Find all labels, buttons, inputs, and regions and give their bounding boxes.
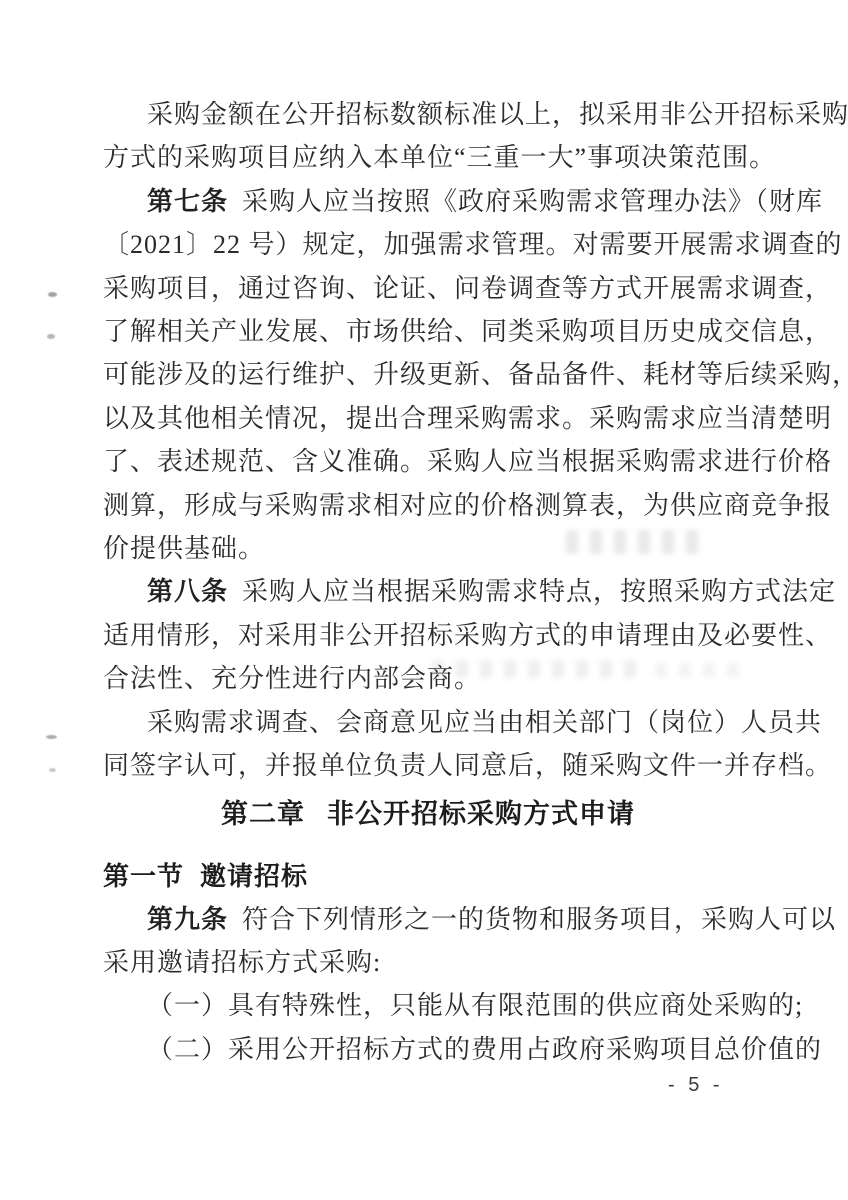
body-text-block-1: 采购金额在公开招标数额标准以上，拟采用非公开招标采购方式的采购项目应纳入本单位“… [103, 93, 753, 788]
scan-speck [49, 768, 56, 772]
article-number: 第八条 [147, 577, 228, 606]
text-line: 可能涉及的运行维护、升级更新、备品备件、耗材等后续采购， [103, 353, 753, 396]
text-line: 方式的采购项目应纳入本单位“三重一大”事项决策范围。 [103, 136, 753, 179]
document-body: 采购金额在公开招标数额标准以上，拟采用非公开招标采购方式的采购项目应纳入本单位“… [103, 93, 753, 1071]
text-line: 同签字认可，并报单位负责人同意后，随采购文件一并存档。 [103, 744, 753, 787]
text-line: 适用情形，对采用非公开招标采购方式的申请理由及必要性、 [103, 614, 753, 657]
text-line: 了、表述规范、含义准确。采购人应当根据采购需求进行价格 [103, 440, 753, 483]
text-line: 以及其他相关情况，提出合理采购需求。采购需求应当清楚明 [103, 397, 753, 440]
text-line: 〔2021〕22 号）规定，加强需求管理。对需要开展需求调查的 [103, 223, 753, 266]
text-line: 第九条符合下列情形之一的货物和服务项目，采购人可以 [103, 898, 753, 941]
scanned-document-page: 采购金额在公开招标数额标准以上，拟采用非公开招标采购方式的采购项目应纳入本单位“… [0, 0, 848, 1200]
section-title: 邀请招标 [200, 861, 308, 891]
text-line: 第八条采购人应当根据采购需求特点，按照采购方式法定 [103, 570, 753, 613]
article-number: 第七条 [147, 187, 228, 216]
bleed-through-smudge [432, 660, 647, 678]
text-line: 采购金额在公开招标数额标准以上，拟采用非公开招标采购 [103, 93, 753, 136]
scan-speck [47, 334, 55, 339]
article-number: 第九条 [147, 905, 228, 934]
text-line: 了解相关产业发展、市场供给、同类采购项目历史成交信息， [103, 310, 753, 353]
page-number: - 5 - [668, 1074, 724, 1097]
chapter-title: 非公开招标采购方式申请 [327, 799, 635, 829]
text-line: （一）具有特殊性，只能从有限范围的供应商处采购的; [103, 984, 753, 1027]
scan-speck [48, 292, 57, 297]
chapter-number: 第二章 [221, 799, 305, 829]
text-line: 测算，形成与采购需求相对应的价格测算表，为供应商竞争报 [103, 484, 753, 527]
scan-speck [46, 735, 57, 739]
text-line: 第七条采购人应当按照《政府采购需求管理办法》（财库 [103, 180, 753, 223]
bleed-through-smudge [566, 530, 706, 554]
text-line: 采购需求调查、会商意见应当由相关部门（岗位）人员共 [103, 701, 753, 744]
body-text-block-2: 第九条符合下列情形之一的货物和服务项目，采购人可以采用邀请招标方式采购:（一）具… [103, 898, 753, 1072]
text-line: 采用邀请招标方式采购: [103, 941, 753, 984]
text-line: 采购项目，通过咨询、论证、问卷调查等方式开展需求调查， [103, 267, 753, 310]
chapter-heading: 第二章非公开招标采购方式申请 [103, 792, 753, 836]
section-number: 第一节 [103, 861, 184, 891]
section-heading: 第一节邀请招标 [103, 854, 753, 898]
text-line: （二）采用公开招标方式的费用占政府采购项目总价值的 [103, 1028, 753, 1071]
bleed-through-smudge [655, 663, 743, 677]
